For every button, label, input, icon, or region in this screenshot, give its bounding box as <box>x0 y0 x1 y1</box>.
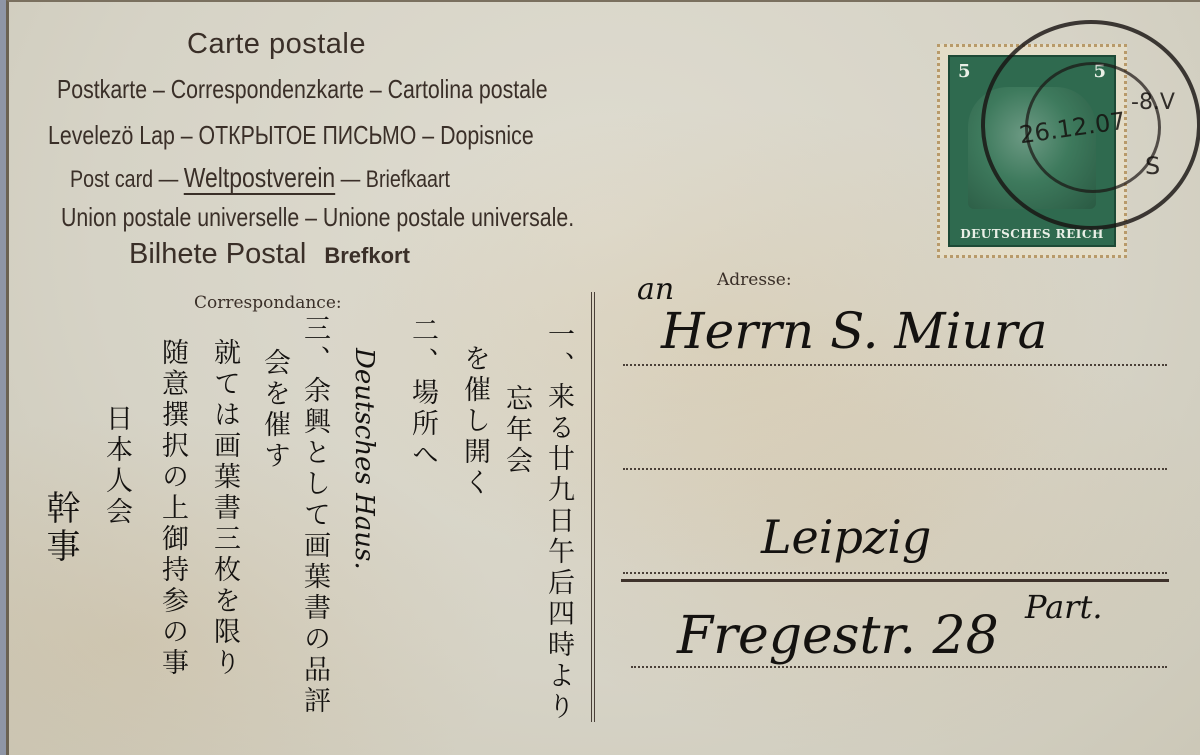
message-column-7: 会を催す <box>261 348 288 472</box>
address-street-note: Part. <box>1025 588 1103 626</box>
message-column-9: 随意撰択の上御持参の事 <box>159 338 186 679</box>
center-divider <box>591 292 595 722</box>
message-column-3: を催し開く <box>461 344 488 499</box>
address-rule <box>621 579 1169 582</box>
post-card-label: Post card — <box>70 166 178 193</box>
postcard: Carte postale Postkarte – Correspondenzk… <box>6 0 1200 755</box>
brefkort-label: Brefkort <box>324 243 410 268</box>
stamp-value: 5 <box>958 61 971 82</box>
message-column-1: 一、来る廿九日午后四時より <box>545 320 572 723</box>
address-line-1 <box>623 364 1167 366</box>
address-city: Leipzig <box>761 510 931 564</box>
message-column-4: 二、場所へ <box>409 316 436 471</box>
message-column-6: 三、余興として画葉書の品評 <box>301 314 328 717</box>
card-title: Carte postale <box>187 28 366 61</box>
header-line-3: Post card — Weltpostverein — Briefkaart <box>70 162 450 194</box>
header-line-1: Postkarte – Correspondenzkarte – Cartoli… <box>57 74 548 105</box>
postmark-letter: S <box>1145 152 1160 180</box>
correspondance-label: Correspondance: <box>194 293 342 313</box>
briefkaart-label: — Briefkaart <box>341 166 450 193</box>
address-line-3 <box>623 572 1167 574</box>
weltpostverein-label: Weltpostverein <box>184 162 335 193</box>
message-signature: 幹事 <box>43 490 77 566</box>
message-column-5: Deutsches Haus. <box>349 348 379 570</box>
adresse-label: Adresse: <box>717 270 792 290</box>
message-column-8: 就ては画葉書三枚を限り <box>211 338 238 679</box>
address-street: Fregestr. 28 <box>677 606 999 666</box>
address-line-4 <box>631 666 1167 668</box>
header-line-4: Union postale universelle – Unione posta… <box>61 202 574 233</box>
bilhete-postal-label: Bilhete Postal <box>129 238 306 270</box>
header-line-2: Levelezö Lap – ОТКРЫТОЕ ПИСЬМО – Dopisni… <box>48 120 534 151</box>
message-column-2: 忘年会 <box>503 384 530 477</box>
message-column-10: 日本人会 <box>103 404 130 528</box>
address-line-2 <box>623 468 1167 470</box>
header-line-5: Bilhete PostalBrefkort <box>129 238 410 271</box>
recipient-name: Herrn S. Miura <box>661 302 1047 360</box>
postmark-time: -8.V <box>1131 90 1175 115</box>
